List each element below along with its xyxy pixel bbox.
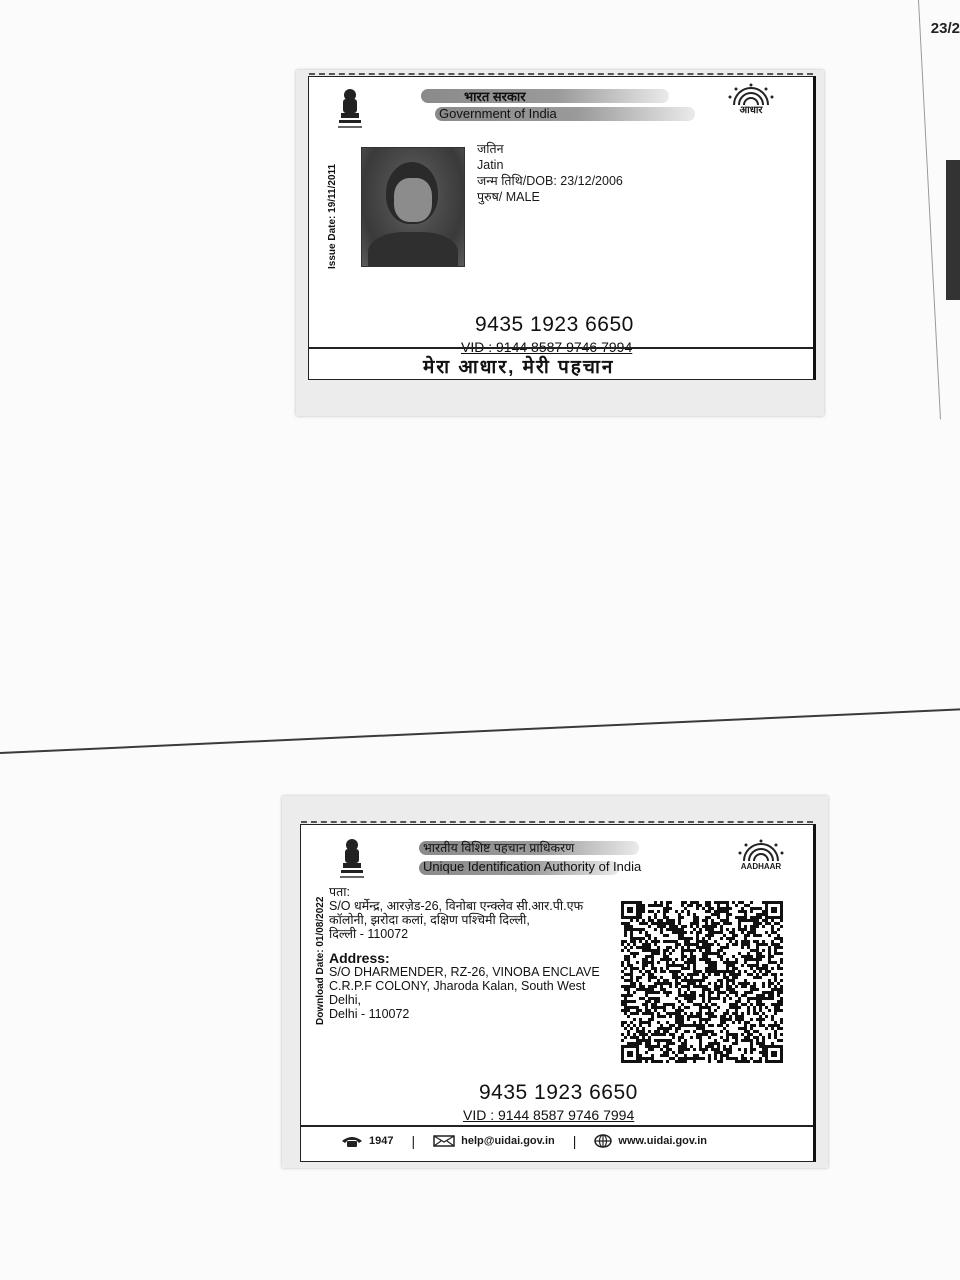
vid-number: VID : 9144 8587 9746 7994 — [463, 1107, 634, 1123]
mail-icon — [433, 1135, 455, 1147]
address-hindi-line: कॉलोनी, झरोदा कलां, दक्षिण पश्चिमी दिल्ल… — [329, 913, 583, 927]
address-hindi-line: दिल्ली - 110072 — [329, 927, 583, 941]
address-english-label: Address: — [329, 951, 600, 965]
aadhaar-fingerprint-icon — [726, 83, 776, 105]
divider-line — [301, 1125, 813, 1127]
download-date-label: Download Date: 01/08/2022 — [315, 897, 326, 1025]
address-hindi-line: S/O धर्मेन्द्र, आरज़ेड-26, विनोबा एन्क्ल… — [329, 899, 583, 913]
address-english-line: S/O DHARMENDER, RZ-26, VINOBA ENCLAVE — [329, 965, 600, 979]
address-hindi: पता: S/O धर्मेन्द्र, आरज़ेड-26, विनोबा ए… — [329, 885, 583, 941]
address-english: Address: S/O DHARMENDER, RZ-26, VINOBA E… — [329, 951, 600, 1021]
contact-footer: 1947 | help@uidai.gov.in | www.uidai.gov… — [341, 1133, 801, 1149]
phone-icon — [341, 1135, 363, 1147]
aadhaar-number: 9435 1923 6650 — [475, 313, 634, 337]
header-english: Government of India — [439, 106, 557, 121]
secure-qr-code — [621, 901, 783, 1063]
aadhaar-back-card: भारतीय विशिष्ट पहचान प्राधिकरण Unique Id… — [300, 824, 816, 1162]
header-english: Unique Identification Authority of India — [423, 859, 641, 874]
adjacent-page-date-fragment: 23/2 — [931, 20, 960, 37]
aadhaar-fingerprint-icon — [736, 839, 786, 861]
name-hindi: जतिन — [477, 141, 623, 157]
address-english-line: Delhi - 110072 — [329, 1007, 600, 1021]
name-english: Jatin — [477, 157, 623, 173]
adjacent-page-photo-fragment — [946, 160, 960, 300]
holder-info: जतिन Jatin जन्म तिथि/DOB: 23/12/2006 पुर… — [477, 141, 623, 205]
separator: | — [411, 1133, 415, 1149]
separator: | — [573, 1133, 577, 1149]
aadhaar-logo: AADHAAR — [733, 839, 789, 875]
holder-photo — [361, 147, 465, 267]
header-band — [421, 89, 669, 103]
slogan: मेरा आधार, मेरी पहचान — [423, 353, 614, 379]
phone-number: 1947 — [369, 1135, 393, 1147]
website-url: www.uidai.gov.in — [618, 1135, 707, 1147]
globe-icon — [594, 1134, 612, 1148]
aadhaar-number: 9435 1923 6650 — [479, 1081, 638, 1105]
gender: पुरुष/ MALE — [477, 189, 623, 205]
issue-date-label: Issue Date: 19/11/2011 — [327, 164, 338, 269]
aadhaar-logo-text: आधार — [723, 105, 779, 116]
divider-line — [309, 347, 813, 349]
header-hindi: भारत सरकार — [464, 87, 526, 105]
aadhaar-front-card: भारत सरकार Government of India आधार Issu… — [308, 76, 816, 380]
paper-fold-line — [0, 708, 960, 754]
address-english-line: C.R.P.F COLONY, Jharoda Kalan, South Wes… — [329, 979, 600, 993]
card-cut-line — [301, 821, 813, 823]
help-email: help@uidai.gov.in — [461, 1135, 555, 1147]
aadhaar-logo: आधार — [723, 83, 779, 119]
address-hindi-label: पता: — [329, 885, 583, 899]
national-emblem-icon — [335, 87, 365, 131]
card-cut-line — [309, 73, 813, 75]
adjacent-page-edge — [918, 0, 941, 419]
header-hindi: भारतीय विशिष्ट पहचान प्राधिकरण — [423, 839, 574, 856]
address-english-line: Delhi, — [329, 993, 600, 1007]
national-emblem-icon — [337, 837, 367, 881]
aadhaar-logo-text: AADHAAR — [733, 861, 789, 872]
date-of-birth: जन्म तिथि/DOB: 23/12/2006 — [477, 173, 623, 189]
